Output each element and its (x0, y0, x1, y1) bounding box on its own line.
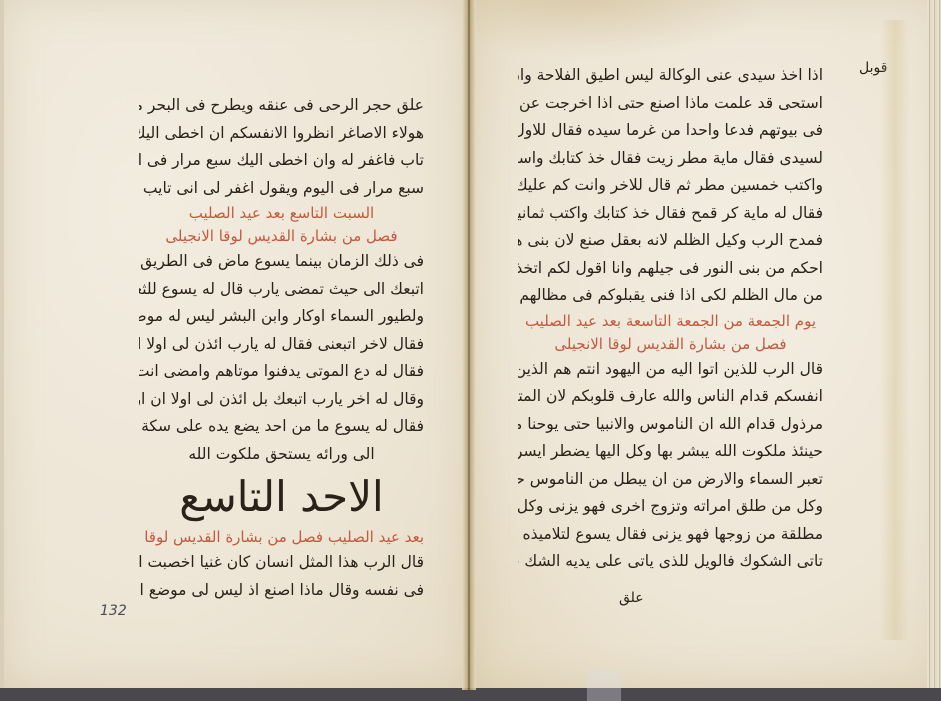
text-line: وقال له اخر يارب اتبعك بل ائذن لى اولا ا… (139, 386, 424, 414)
manuscript-spread: علق حجر الرحى فى عنقه ويطرح فى البحر من … (0, 0, 941, 690)
text-line: احكم من بنى النور فى جيلهم وانا اقول لكم… (518, 255, 823, 283)
text-line: تاتى الشكوك فالويل للذى ياتى على يديه ال… (518, 548, 823, 576)
water-stain (880, 20, 910, 640)
text-line: انفسكم قدام الناس والله عارف قلوبكم لان … (518, 383, 823, 411)
rubric-line: فصل من بشارة القديس لوقا الانجيلى (139, 225, 424, 248)
text-line: هولاء الاصاغر انظروا الانفسكم ان اخطى ال… (139, 120, 424, 148)
text-line: استحى قد علمت ماذا اصنع حتى اذا اخرجت عن… (518, 90, 823, 118)
folio-number: 132 (100, 603, 127, 619)
rubric-line: السبت التاسع بعد عيد الصليب (139, 202, 424, 225)
text-line: فقال لاخر اتبعنى فقال له يارب ائذن لى او… (139, 331, 424, 359)
text-line: علق حجر الرحى فى عنقه ويطرح فى البحر من … (139, 92, 424, 120)
section-heading: الاحد التاسع (139, 468, 424, 526)
page-edges (927, 0, 941, 688)
text-line: الى ورائه يستحق ملكوت الله (139, 441, 424, 469)
text-line: مرذول قدام الله ان الناموس والانبيا حتى … (518, 411, 823, 439)
text-line: فقال له ماية كر قمح فقال خذ كتابك واكتب … (518, 200, 823, 228)
text-line: اذا اخذ سيدى عنى الوكالة ليس اطيق الفلاح… (518, 62, 823, 90)
text-line: فمدح الرب وكيل الظلم لانه بعقل صنع لان ب… (518, 227, 823, 255)
text-line: فقال له دع الموتى يدفنوا موتاهم وامضى ان… (139, 358, 424, 386)
text-line: من مال الظلم لكى اذا فنى يقبلوكم فى مظال… (518, 282, 823, 310)
book-gutter (462, 0, 476, 690)
text-line: فى بيوتهم فدعا واحدا من غرما سيده فقال ل… (518, 117, 823, 145)
text-line: ولطيور السماء اوكار وابن البشر ليس له مو… (139, 303, 424, 331)
rubric-line: بعد عيد الصليب فصل من بشارة القديس لوقا … (139, 526, 424, 549)
text-line: فى نفسه وقال ماذا اصنع اذ ليس لى موضع اض… (139, 577, 424, 605)
left-page-text: علق حجر الرحى فى عنقه ويطرح فى البحر من … (139, 92, 424, 604)
text-line: تاب فاغفر له وان اخطى اليك سبع مرار فى ا… (139, 147, 424, 175)
text-line: تعبر السماء والارض من ان يبطل من الناموس… (518, 466, 823, 494)
text-line: قال الرب هذا المثل انسان كان غنيا اخصبت … (139, 549, 424, 577)
text-line: مطلقة من زوجها فهو يزنى فقال يسوع لتلامي… (518, 521, 823, 549)
text-line: حينئذ ملكوت الله يبشر بها وكل اليها يضطر… (518, 438, 823, 466)
text-line: اتبعك الى حيث تمضى يارب قال له يسوع للثع… (139, 276, 424, 304)
text-line: فقال له يسوع ما من احد يضع يده على سكة ا… (139, 413, 424, 441)
text-line: واكتب خمسين مطر ثم قال للاخر وانت كم علي… (518, 172, 823, 200)
rubric-line: فصل من بشارة القديس لوقا الانجيلى (518, 333, 823, 356)
right-page-text: اذا اخذ سيدى عنى الوكالة ليس اطيق الفلاح… (518, 62, 823, 576)
water-stain (470, 0, 770, 60)
rubric-line: يوم الجمعة من الجمعة التاسعة بعد عيد الص… (518, 310, 823, 333)
mounting-tab (587, 670, 621, 701)
catchword-bottom: علق (619, 590, 644, 606)
text-line: لسيدى فقال ماية مطر زيت فقال خذ كتابك وا… (518, 145, 823, 173)
text-line: قال الرب للذين اتوا اليه من اليهود انتم … (518, 356, 823, 384)
text-line: سبع مرار فى اليوم ويقول اغفر لى انى تايب… (139, 175, 424, 203)
text-line: وكل من طلق امراته وتزوج اخرى فهو يزنى وك… (518, 493, 823, 521)
left-page: علق حجر الرحى فى عنقه ويطرح فى البحر من … (0, 0, 469, 688)
text-line: فى ذلك الزمان بينما يسوع ماض فى الطريق ق… (139, 248, 424, 276)
